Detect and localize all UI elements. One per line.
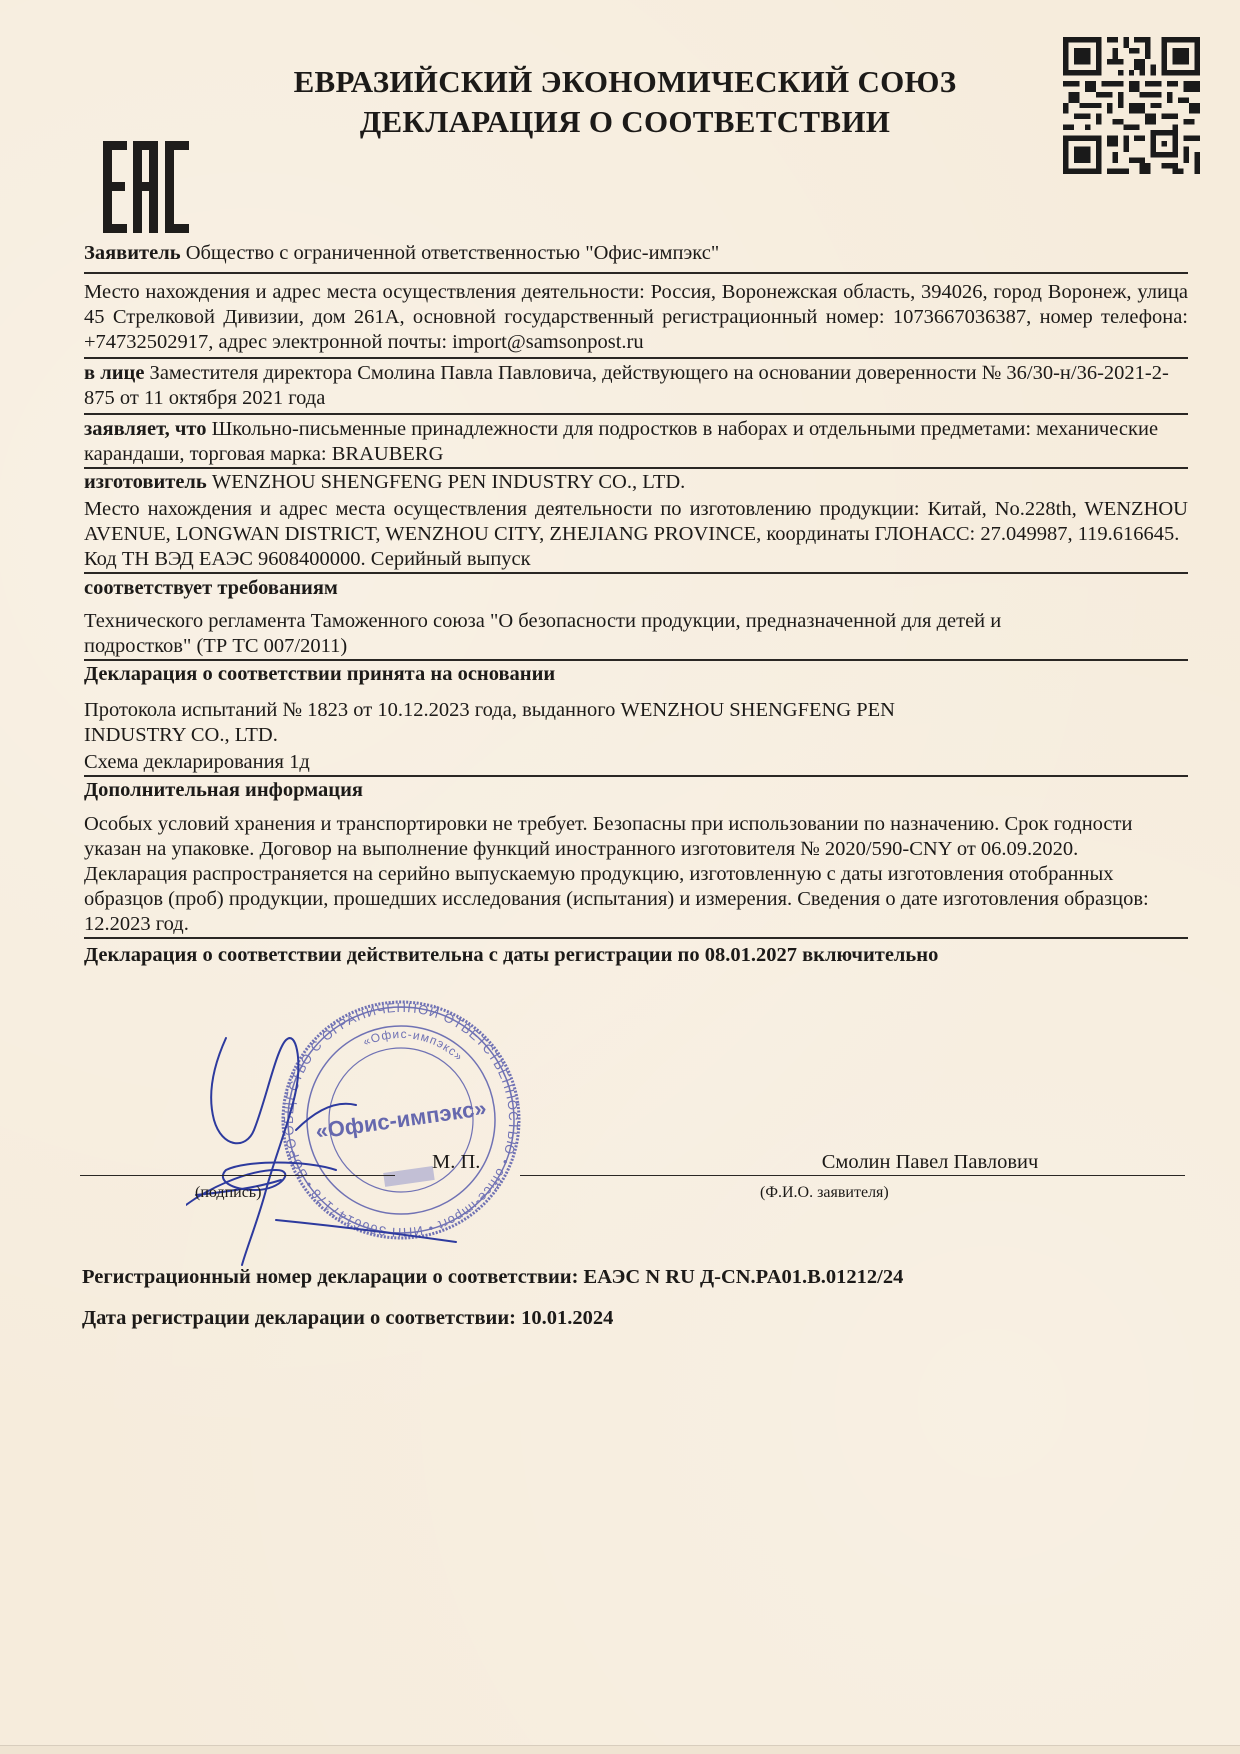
applicant-value: Общество с ограниченной ответственностью… [181,242,720,264]
declares-value: Школьно-письменные принадлежности для по… [84,418,1158,465]
qr-code-icon [1063,37,1200,174]
declaration-body: Заявитель Общество с ограниченной ответс… [84,241,1188,968]
title-line-union: ЕВРАЗИЙСКИЙ ЭКОНОМИЧЕСКИЙ СОЮЗ [240,62,1010,102]
signature-caption: (подпись) [195,1184,261,1202]
applicant-row: Заявитель Общество с ограниченной ответс… [84,241,1188,274]
applicant-address: Место нахождения и адрес места осуществл… [84,280,1188,359]
additional-heading: Дополнительная информация [84,778,1188,803]
fio-line [520,1175,1185,1176]
page-bottom-edge [0,1745,1240,1754]
validity-statement: Декларация о соответствии действительна … [84,943,1188,968]
additional-value: Особых условий хранения и транспортировк… [84,812,1188,939]
conforms-value: Технического регламента Таможенного союз… [84,609,1188,661]
declares-label: заявляет, что [84,418,206,440]
signature-block: М. П. Смолин Павел Павлович (подпись) (Ф… [80,1140,1190,1220]
declaration-scheme: Схема декларирования 1д [84,750,1188,777]
manufacturer-address: Место нахождения и адрес места осуществл… [84,497,1188,547]
manufacturer-label: изготовитель [84,471,207,493]
represented-by-label: в лице [84,362,144,384]
manufacturer-value: WENZHOU SHENGFENG PEN INDUSTRY CO., LTD. [207,471,686,493]
registration-number: Регистрационный номер декларации о соотв… [82,1265,903,1290]
signature-line [80,1175,395,1176]
represented-by-row: в лице Заместителя директора Смолина Пав… [84,361,1188,415]
document-title: ЕВРАЗИЙСКИЙ ЭКОНОМИЧЕСКИЙ СОЮЗ ДЕКЛАРАЦИ… [240,62,1010,142]
signatory-name: Смолин Павел Павлович [520,1151,1180,1174]
eac-mark-icon [103,141,189,233]
registration-date: Дата регистрации декларации о соответств… [82,1306,613,1331]
basis-heading: Декларация о соответствии принята на осн… [84,662,1188,687]
declares-row: заявляет, что Школьно-письменные принадл… [84,417,1188,469]
basis-value: Протокола испытаний № 1823 от 10.12.2023… [84,698,1188,748]
title-line-declaration: ДЕКЛАРАЦИЯ О СООТВЕТСТВИИ [240,102,1010,142]
applicant-label: Заявитель [84,242,181,264]
conforms-heading: соответствует требованиям [84,576,1188,601]
manufacturer-row: изготовитель WENZHOU SHENGFENG PEN INDUS… [84,470,1188,495]
seal-place-label: М. П. [432,1151,480,1174]
represented-by-value: Заместителя директора Смолина Павла Павл… [84,362,1169,409]
fio-caption: (Ф.И.О. заявителя) [760,1184,889,1202]
tn-ved-code: Код ТН ВЭД ЕАЭС 9608400000. Серийный вып… [84,547,1188,574]
